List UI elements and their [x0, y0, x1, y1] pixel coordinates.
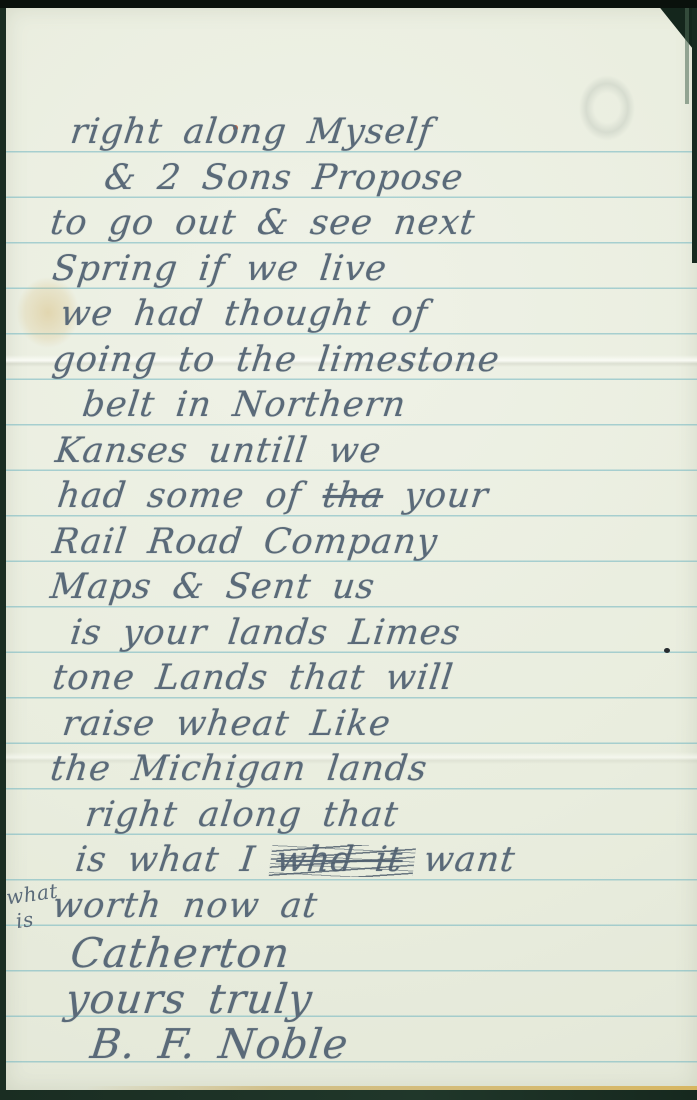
handwriting-line-18: worth now at [50, 885, 320, 927]
handwriting-line-15: the Michigan lands [48, 748, 430, 790]
handwriting-line-13: tone Lands that will [50, 657, 456, 699]
handwriting-line-7: belt in Northern [80, 384, 409, 426]
handwriting-line-1: right along Myself [68, 111, 435, 153]
handwriting-line-5: we had thought of [58, 293, 430, 335]
handwriting-text: is your lands Limes [68, 613, 463, 653]
scan-top-edge [0, 0, 697, 8]
struck-out-text: whd it [274, 840, 405, 880]
handwriting-text: Kanses untill we [53, 431, 384, 471]
handwriting-text: raise wheat Like [60, 704, 393, 744]
margin-insertion-word-is: is [14, 907, 35, 933]
handwriting-text: & 2 Sons Propose [102, 158, 466, 198]
handwriting-text: to go out & see next [48, 203, 477, 243]
struck-out-text: tha [320, 476, 385, 516]
handwriting-text: had some of [55, 476, 325, 516]
handwriting-text: want [400, 840, 517, 880]
handwriting-line-2: & 2 Sons Propose [102, 157, 466, 199]
handwriting-line-21: B. F. Noble [88, 1021, 351, 1067]
handwriting-line-9: had some of tha your [55, 475, 491, 517]
handwriting-line-6: going to the limestone [50, 339, 502, 381]
ink-speck [664, 648, 670, 653]
stain-bottom-edge [86, 1086, 697, 1090]
handwriting-text: worth now at [50, 886, 320, 926]
handwriting-text: right along Myself [68, 112, 435, 152]
handwriting-line-8: Kanses untill we [53, 430, 384, 472]
scan-right-edge [692, 8, 697, 263]
handwriting-line-10: Rail Road Company [50, 521, 440, 563]
handwriting-text: belt in Northern [80, 385, 408, 425]
handwriting-line-3: to go out & see next [48, 202, 478, 244]
handwriting-line-14: raise wheat Like [60, 703, 393, 745]
handwriting-text: the Michigan lands [48, 749, 430, 789]
letter-paper: what is right along Myself& 2 Sons Propo… [6, 8, 697, 1090]
handwriting-text: Rail Road Company [50, 522, 440, 562]
handwriting-text: B. F. Noble [88, 1020, 351, 1068]
handwriting-line-19: Catherton [68, 930, 293, 976]
handwriting-line-17: is what I whd it want [73, 839, 518, 881]
handwriting-line-11: Maps & Sent us [48, 566, 378, 608]
handwriting-text: your [381, 476, 491, 516]
smudge-mark [571, 66, 643, 150]
handwriting-text: tone Lands that will [50, 658, 456, 698]
scan-edge-highlight [685, 8, 689, 104]
handwriting-line-4: Spring if we live [50, 248, 389, 290]
handwriting-text: yours truly [63, 975, 316, 1023]
handwriting-text: is what I [73, 840, 279, 880]
handwriting-text: right along that [83, 795, 401, 835]
handwriting-line-12: is your lands Limes [68, 612, 463, 654]
handwriting-line-16: right along that [83, 794, 401, 836]
handwriting-line-20: yours truly [63, 976, 315, 1022]
handwriting-text: Spring if we live [50, 249, 389, 289]
handwriting-text: we had thought of [58, 294, 430, 334]
handwriting-text: Catherton [68, 929, 293, 977]
handwriting-text: Maps & Sent us [48, 567, 377, 607]
scan-background: what is right along Myself& 2 Sons Propo… [0, 0, 697, 1100]
handwriting-text: going to the limestone [50, 340, 502, 380]
